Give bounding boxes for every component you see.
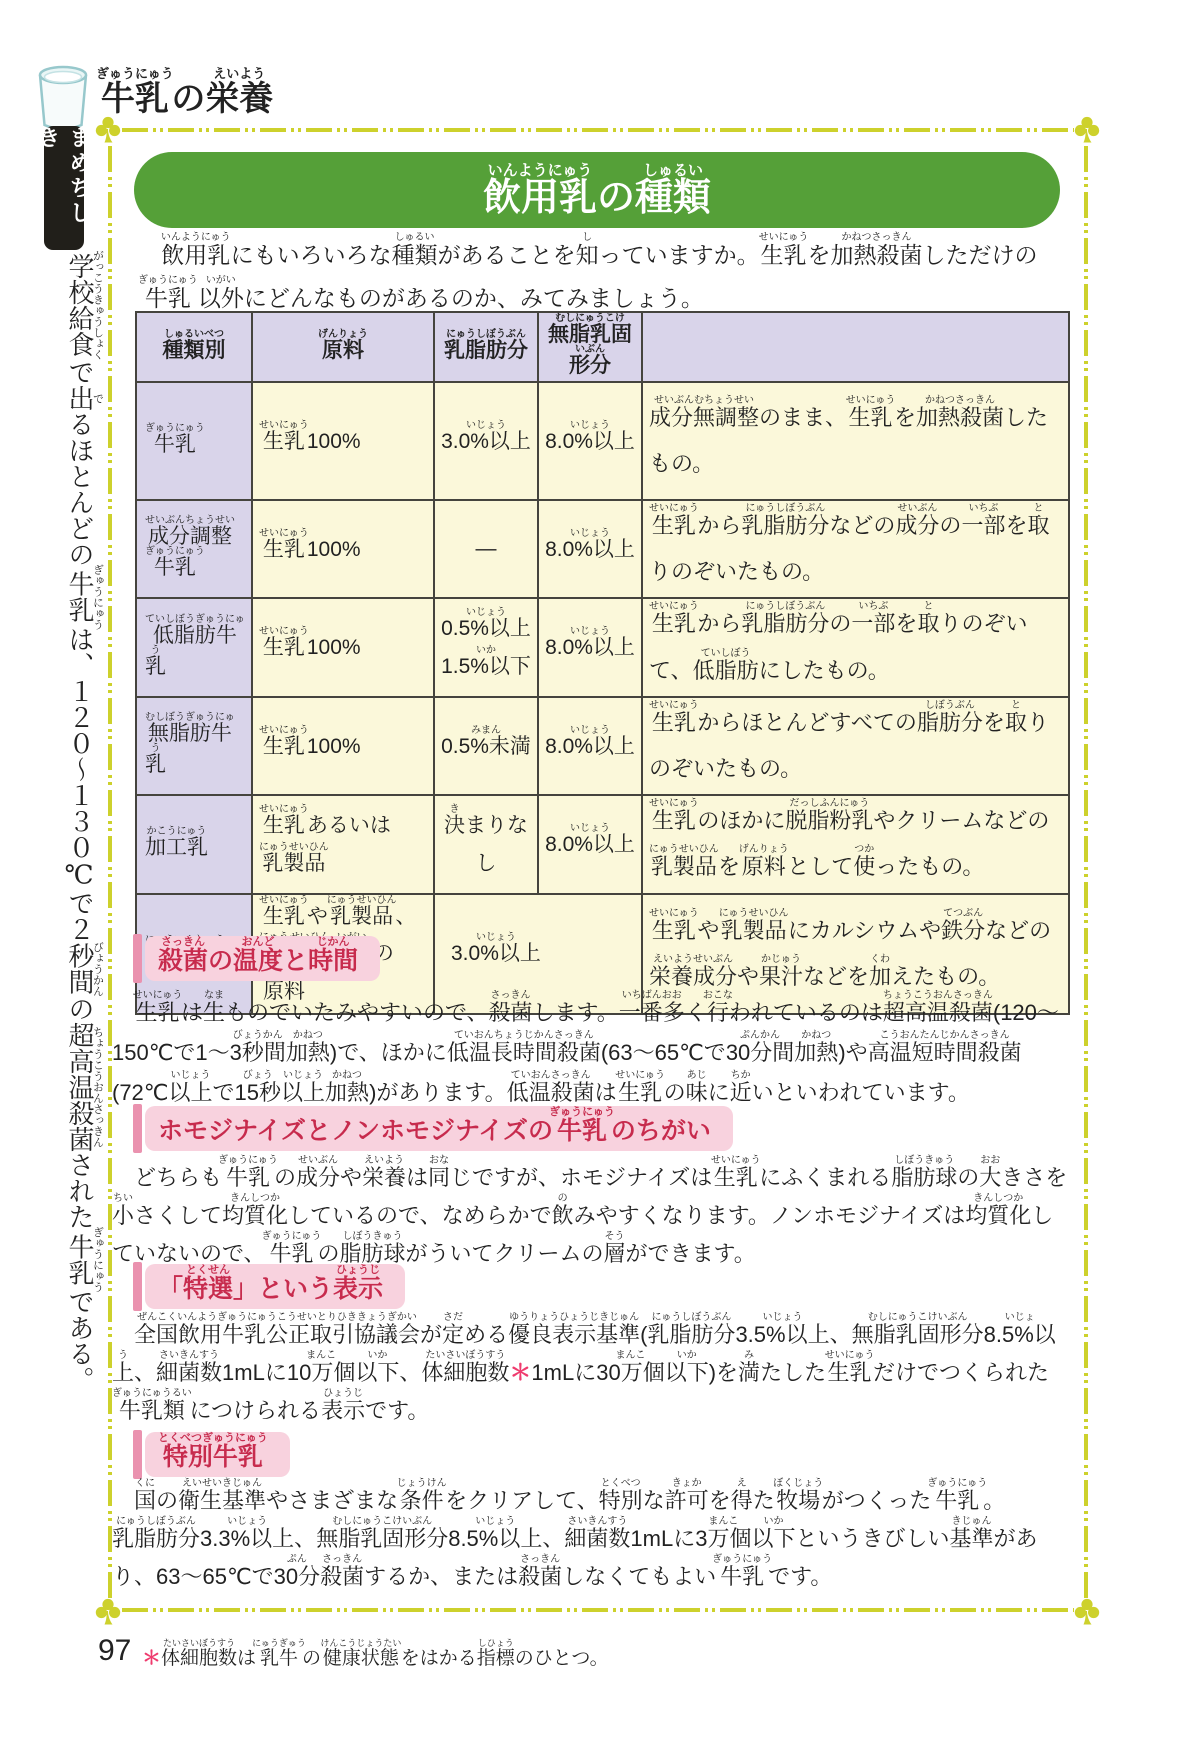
cell-snf: 8.0%以上いじょう bbox=[538, 382, 642, 500]
table-row: 加工乳かこうにゅう 生乳せいにゅうあるいは乳製品にゅうせいひん 決きまりなし 8… bbox=[136, 795, 1069, 893]
cell-fat: — bbox=[434, 500, 538, 598]
cell-raw: 生乳せいにゅう100% bbox=[252, 382, 434, 500]
table-row: 低脂肪牛乳ていしぼうぎゅうにゅう 生乳せいにゅう100% 0.5%以上いじょう … bbox=[136, 598, 1069, 696]
section-bar bbox=[133, 1262, 142, 1311]
cell-type: 低脂肪牛乳ていしぼうぎゅうにゅう bbox=[136, 598, 252, 696]
section-pill: 特別牛乳とくべつぎゅうにゅう bbox=[145, 1432, 290, 1477]
footnote: ＊体細胞数たいさいぼうすうは乳牛にゅうぎゅうの健康状態けんこうじょうたいをはかる… bbox=[142, 1638, 609, 1674]
cell-fat: 0.5%以上いじょう 1.5%以下いか bbox=[434, 598, 538, 696]
section-bar bbox=[133, 1430, 142, 1479]
cell-snf: 8.0%以上いじょう bbox=[538, 598, 642, 696]
section-body: 国くにの衛生基準えいせいきじゅんやさまざまな条件じょうけんをクリアして、特別とく… bbox=[112, 1478, 1074, 1596]
header-cell-type: 種類別しゅるいべつ bbox=[136, 312, 252, 382]
frame-top-edge bbox=[122, 128, 1074, 132]
section-heading: ホモジナイズとノンホモジナイズの牛乳ぎゅうにゅうのちがい bbox=[158, 1117, 711, 1145]
section-body: どちらも牛乳ぎゅうにゅうの成分せいぶんや栄養えいようは同おなじですが、ホモジナイ… bbox=[112, 1155, 1074, 1273]
cell-type: 成分調整せいぶんちょうせい牛乳ぎゅうにゅう bbox=[136, 500, 252, 598]
cell-desc: 生乳せいにゅうからほとんどすべての脂肪分しぼうぶんを取とりのぞいたもの。 bbox=[642, 697, 1069, 795]
table-row: 牛乳ぎゅうにゅう 生乳せいにゅう100% 3.0%以上いじょう 8.0%以上いじ… bbox=[136, 382, 1069, 500]
table-header-row: 種類別しゅるいべつ 原料げんりょう 乳脂肪分にゅうしぼうぶん 無脂乳固形分むしに… bbox=[136, 312, 1069, 382]
cell-desc: 生乳せいにゅうから乳脂肪分にゅうしぼうぶんの一部いちぶを取とりのぞいて、低脂肪て… bbox=[642, 598, 1069, 696]
cell-desc: 生乳せいにゅうのほかに脱脂粉乳だっしふんにゅうやクリームなどの乳製品にゅうせいひ… bbox=[642, 795, 1069, 893]
clover-icon bbox=[1074, 116, 1100, 143]
section-banner: 飲用乳いんようにゅうの種類しゅるい bbox=[134, 152, 1060, 228]
section-bar bbox=[133, 934, 142, 983]
section-bar bbox=[133, 1104, 142, 1153]
cell-fat: 決きまりなし bbox=[434, 795, 538, 893]
cell-desc: 生乳せいにゅうから乳脂肪分にゅうしぼうぶんなどの成分せいぶんの一部いちぶを取とり… bbox=[642, 500, 1069, 598]
header-cell-fat: 乳脂肪分にゅうしぼうぶん bbox=[434, 312, 538, 382]
frame-bottom-edge bbox=[122, 1608, 1074, 1612]
section-body: 全国飲用牛乳公正取引協議会ぜんこくいんようぎゅうにゅうこうせいとりひききょうぎか… bbox=[112, 1312, 1074, 1430]
trivia-badge: まめちしき bbox=[44, 126, 84, 250]
frame-right-edge bbox=[1084, 142, 1088, 1598]
section-heading: 特別牛乳とくべつぎゅうにゅう bbox=[158, 1443, 268, 1471]
header-cell-raw: 原料げんりょう bbox=[252, 312, 434, 382]
cell-type: 無脂肪牛乳むしぼうぎゅうにゅう bbox=[136, 697, 252, 795]
clover-icon bbox=[95, 116, 121, 143]
header-cell-snf: 無脂乳固形分むしにゅうこけいぶん bbox=[538, 312, 642, 382]
textbook-page: 牛乳ぎゅうにゅうの栄養えいよう まめちしき 学校給食がっこうきゅうしょくで出でる… bbox=[0, 0, 1200, 1760]
cell-desc: 成分無調整せいぶんむちょうせいのまま、生乳せいにゅうを加熱殺菌かねつさっきんした… bbox=[642, 382, 1069, 500]
section-pasteurization: 殺菌さっきんの温度おんどと時間じかん bbox=[133, 936, 380, 981]
clover-icon bbox=[1074, 1598, 1100, 1625]
sidebar-note: 学校給食がっこうきゅうしょくで出でるほとんどの牛乳ぎゅうにゅうは、１２０～１３０… bbox=[28, 250, 104, 1400]
cell-raw: 生乳せいにゅうあるいは乳製品にゅうせいひん bbox=[252, 795, 434, 893]
intro-paragraph: 飲用乳いんようにゅうにもいろいろな種類しゅるいがあることを知しっていますか。生乳… bbox=[138, 232, 1072, 319]
cell-snf: 8.0%以上いじょう bbox=[538, 697, 642, 795]
section-pill: 殺菌さっきんの温度おんどと時間じかん bbox=[145, 936, 380, 981]
section-pill: ホモジナイズとノンホモジナイズの牛乳ぎゅうにゅうのちがい bbox=[145, 1106, 733, 1151]
section-pill: 「特選とくせん」という表示ひょうじ bbox=[145, 1264, 405, 1309]
cell-raw: 生乳せいにゅう100% bbox=[252, 697, 434, 795]
section-special-milk: 特別牛乳とくべつぎゅうにゅう bbox=[133, 1432, 290, 1477]
page-number: 97 bbox=[98, 1634, 131, 1668]
milk-types-table: 種類別しゅるいべつ 原料げんりょう 乳脂肪分にゅうしぼうぶん 無脂乳固形分むしに… bbox=[135, 311, 1070, 1015]
cell-raw: 生乳せいにゅう100% bbox=[252, 598, 434, 696]
cell-raw: 生乳せいにゅう100% bbox=[252, 500, 434, 598]
table-row: 無脂肪牛乳むしぼうぎゅうにゅう 生乳せいにゅう100% 0.5%未満みまん 8.… bbox=[136, 697, 1069, 795]
table-row: 成分調整せいぶんちょうせい牛乳ぎゅうにゅう 生乳せいにゅう100% — 8.0%… bbox=[136, 500, 1069, 598]
cell-type: 牛乳ぎゅうにゅう bbox=[136, 382, 252, 500]
cell-type: 加工乳かこうにゅう bbox=[136, 795, 252, 893]
header-cell-desc bbox=[642, 312, 1069, 382]
section-homogenize: ホモジナイズとノンホモジナイズの牛乳ぎゅうにゅうのちがい bbox=[133, 1106, 733, 1151]
section-heading: 「特選とくせん」という表示ひょうじ bbox=[158, 1275, 383, 1303]
section-heading: 殺菌さっきんの温度おんどと時間じかん bbox=[158, 947, 358, 975]
clover-icon bbox=[95, 1598, 121, 1625]
cell-snf: 8.0%以上いじょう bbox=[538, 500, 642, 598]
page-title: 牛乳ぎゅうにゅうの栄養えいよう bbox=[96, 66, 273, 120]
banner-title: 飲用乳いんようにゅうの種類しゅるい bbox=[483, 162, 711, 219]
cell-fat: 0.5%未満みまん bbox=[434, 697, 538, 795]
section-tokusen: 「特選とくせん」という表示ひょうじ bbox=[133, 1264, 405, 1309]
section-body: 生乳せいにゅうは生なまものでいたみやすいので、殺菌さっきんします。一番多いちばん… bbox=[112, 990, 1074, 1113]
cell-fat: 3.0%以上いじょう bbox=[434, 382, 538, 500]
cell-snf: 8.0%以上いじょう bbox=[538, 795, 642, 893]
